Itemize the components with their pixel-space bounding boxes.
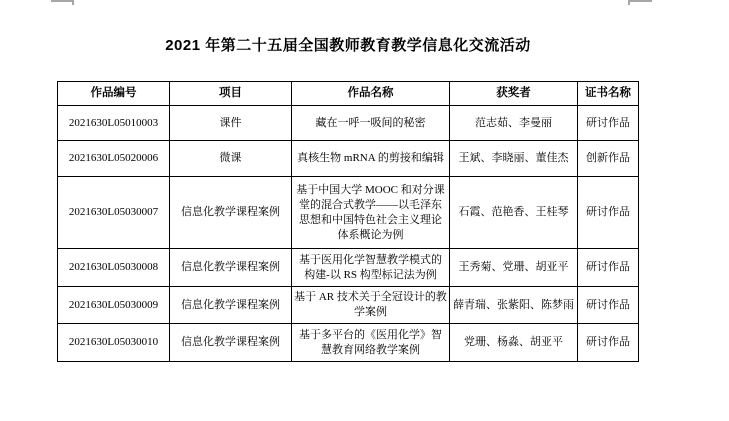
awards-table: 作品编号项目作品名称获奖者证书名称 2021630L05010003课件藏在一呼… xyxy=(57,81,639,362)
table-row: 2021630L05020006微课真核生物 mRNA 的剪接和编辑王斌、李晓丽… xyxy=(58,141,639,177)
cell-id: 2021630L05030009 xyxy=(58,287,170,324)
cell-project: 信息化教学课程案例 xyxy=(170,249,292,287)
cell-winners: 石霞、范艳香、王桂琴 xyxy=(450,177,578,249)
cell-winners: 薛青瑞、张紫阳、陈梦雨 xyxy=(450,287,578,324)
cell-project: 信息化教学课程案例 xyxy=(170,287,292,324)
table-header-row: 作品编号项目作品名称获奖者证书名称 xyxy=(58,82,639,106)
cell-winners: 王秀菊、党珊、胡亚平 xyxy=(450,249,578,287)
cell-id: 2021630L05020006 xyxy=(58,141,170,177)
table-row: 2021630L05030007信息化教学课程案例基于中国大学 MOOC 和对分… xyxy=(58,177,639,249)
column-header: 作品编号 xyxy=(58,82,170,106)
table-row: 2021630L05030008信息化教学课程案例基于医用化学智慧教学模式的构建… xyxy=(58,249,639,287)
cell-certificate: 研讨作品 xyxy=(578,249,639,287)
cell-winners: 范志茹、李曼丽 xyxy=(450,106,578,141)
cell-certificate: 研讨作品 xyxy=(578,106,639,141)
page-boundary-tick xyxy=(72,0,74,5)
cell-project: 信息化教学课程案例 xyxy=(170,177,292,249)
cell-certificate: 研讨作品 xyxy=(578,324,639,362)
cell-winners: 党珊、杨淼、胡亚平 xyxy=(450,324,578,362)
cell-id: 2021630L05030008 xyxy=(58,249,170,287)
table-row: 2021630L05030009信息化教学课程案例基于 AR 技术关于全冠设计的… xyxy=(58,287,639,324)
cell-certificate: 创新作品 xyxy=(578,141,639,177)
cell-id: 2021630L05030007 xyxy=(58,177,170,249)
cell-work: 藏在一呼一吸间的秘密 xyxy=(292,106,450,141)
column-header: 证书名称 xyxy=(578,82,639,106)
cell-project: 课件 xyxy=(170,106,292,141)
page-boundary-tick xyxy=(628,0,630,5)
column-header: 项目 xyxy=(170,82,292,106)
column-header: 作品名称 xyxy=(292,82,450,106)
page-boundary-mark-right xyxy=(628,0,652,2)
cell-project: 微课 xyxy=(170,141,292,177)
table-row: 2021630L05010003课件藏在一呼一吸间的秘密范志茹、李曼丽研讨作品 xyxy=(58,106,639,141)
cell-id: 2021630L05010003 xyxy=(58,106,170,141)
column-header: 获奖者 xyxy=(450,82,578,106)
cell-project: 信息化教学课程案例 xyxy=(170,324,292,362)
table-body: 2021630L05010003课件藏在一呼一吸间的秘密范志茹、李曼丽研讨作品2… xyxy=(58,106,639,362)
cell-work: 基于多平台的《医用化学》智慧教育网络教学案例 xyxy=(292,324,450,362)
cell-work: 基于 AR 技术关于全冠设计的教学案例 xyxy=(292,287,450,324)
document-page: 2021 年第二十五届全国教师教育教学信息化交流活动 作品编号项目作品名称获奖者… xyxy=(0,0,729,421)
page-boundary-mark-left xyxy=(51,0,74,2)
cell-work: 真核生物 mRNA 的剪接和编辑 xyxy=(292,141,450,177)
cell-id: 2021630L05030010 xyxy=(58,324,170,362)
cell-winners: 王斌、李晓丽、董佳杰 xyxy=(450,141,578,177)
cell-work: 基于医用化学智慧教学模式的构建-以 RS 构型标记法为例 xyxy=(292,249,450,287)
cell-certificate: 研讨作品 xyxy=(578,177,639,249)
document-title: 2021 年第二十五届全国教师教育教学信息化交流活动 xyxy=(58,34,638,55)
table-row: 2021630L05030010信息化教学课程案例基于多平台的《医用化学》智慧教… xyxy=(58,324,639,362)
cell-work: 基于中国大学 MOOC 和对分课堂的混合式教学——以毛泽东思想和中国特色社会主义… xyxy=(292,177,450,249)
cell-certificate: 研讨作品 xyxy=(578,287,639,324)
